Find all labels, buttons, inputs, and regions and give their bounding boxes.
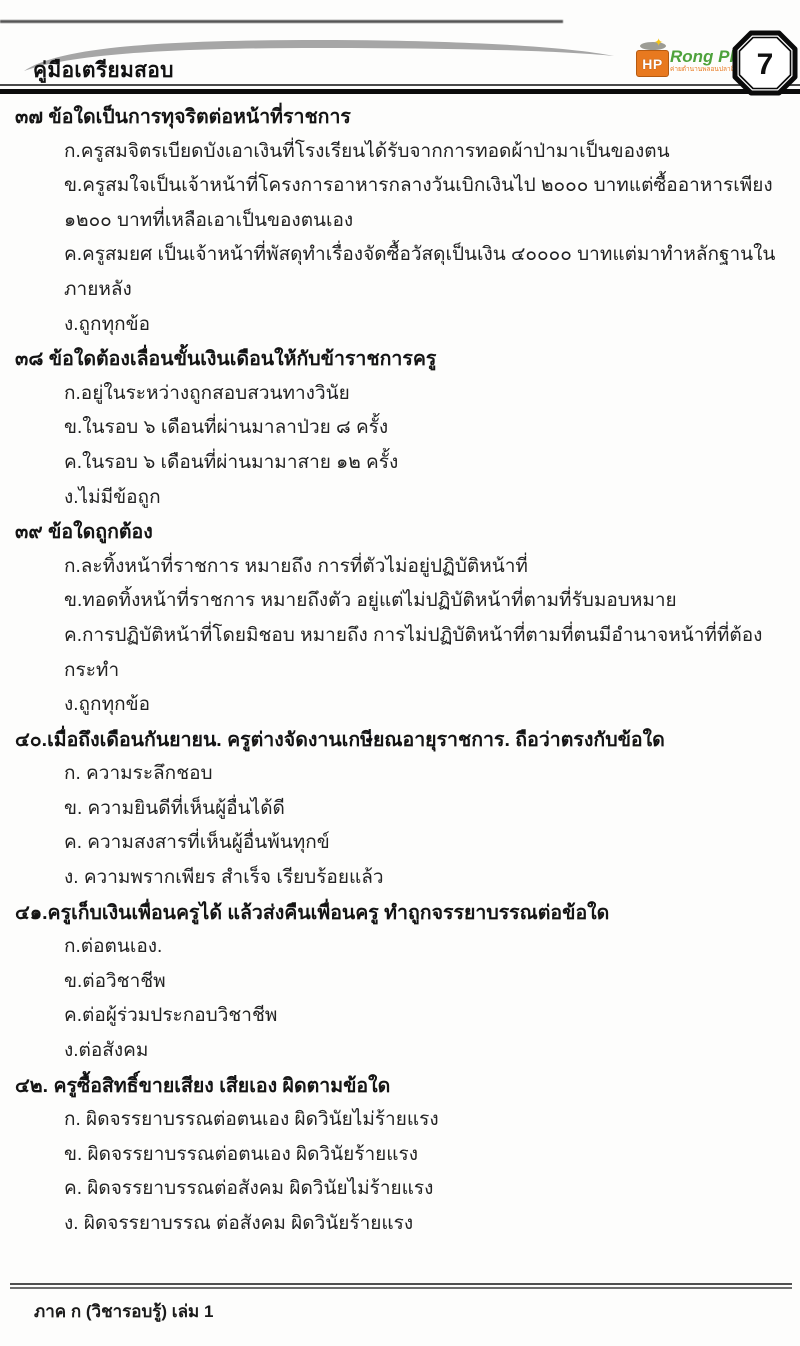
question-option-b: ข.ต่อวิชาชีพ	[64, 965, 794, 1000]
question-block-42: ๔๒. ครูซื้อสิทธิ์ขายเสียง เสียเอง ผิดตาม…	[15, 1069, 794, 1242]
question-option-d: ง. ผิดจรรยาบรรณ ต่อสังคม ผิดวินัยร้ายแรง	[64, 1207, 794, 1242]
question-option-d: ง.ไม่มีข้อถูก	[64, 481, 794, 516]
question-heading: ๓๙ ข้อใดถูกต้อง	[15, 515, 794, 550]
question-option-a: ก.ละทิ้งหน้าที่ราชการ หมายถึง การที่ตัวไ…	[64, 550, 794, 585]
question-heading: ๔๒. ครูซื้อสิทธิ์ขายเสียง เสียเอง ผิดตาม…	[15, 1069, 794, 1104]
question-block-39: ๓๙ ข้อใดถูกต้อง ก.ละทิ้งหน้าที่ราชการ หม…	[15, 515, 794, 723]
question-option-a: ก.อยู่ในระหว่างถูกสอบสวนทางวินัย	[64, 377, 794, 412]
question-option-a: ก. ความระลึกชอบ	[64, 757, 794, 792]
question-option-a: ก. ผิดจรรยาบรรณต่อตนเอง ผิดวินัยไม่ร้ายแ…	[64, 1103, 794, 1138]
question-option-b: ข. ความยินดีที่เห็นผู้อื่นได้ดี	[64, 792, 794, 827]
question-option-a: ก.ต่อตนเอง.	[64, 930, 794, 965]
question-heading: ๓๗ ข้อใดเป็นการทุจริตต่อหน้าที่ราชการ	[15, 100, 794, 135]
question-block-41: ๔๑.ครูเก็บเงินเพื่อนครูได้ แล้วส่งคืนเพื…	[15, 896, 794, 1069]
question-block-40: ๔๐.เมื่อถึงเดือนกันยายน. ครูต่างจัดงานเก…	[15, 723, 794, 896]
footer-section-label: ภาค ก (วิชารอบรู้) เล่ม 1	[34, 1298, 213, 1325]
question-option-b: ข.ในรอบ ๖ เดือนที่ผ่านมาลาป่วย ๘ ครั้ง	[64, 411, 794, 446]
question-heading: ๔๐.เมื่อถึงเดือนกันยายน. ครูต่างจัดงานเก…	[15, 723, 794, 758]
questions-list: ๓๗ ข้อใดเป็นการทุจริตต่อหน้าที่ราชการ ก.…	[15, 100, 794, 1242]
question-option-b: ข. ผิดจรรยาบรรณต่อตนเอง ผิดวินัยร้ายแรง	[64, 1138, 794, 1173]
question-option-b: ข.ครูสมใจเป็นเจ้าหน้าที่โครงการอาหารกลาง…	[64, 169, 794, 238]
question-option-d: ง.ต่อสังคม	[64, 1034, 794, 1069]
question-heading: ๔๑.ครูเก็บเงินเพื่อนครูได้ แล้วส่งคืนเพื…	[15, 896, 794, 931]
question-option-a: ก.ครูสมจิตรเบียดบังเอาเงินที่โรงเรียนได้…	[64, 135, 794, 170]
question-option-d: ง.ถูกทุกข้อ	[64, 688, 794, 723]
question-option-c: ค.การปฏิบัติหน้าที่โดยมิชอบ หมายถึง การไ…	[64, 619, 794, 688]
question-option-b: ข.ทอดทิ้งหน้าที่ราชการ หมายถึงตัว อยู่แต…	[64, 584, 794, 619]
question-option-c: ค. ความสงสารที่เห็นผู้อื่นพ้นทุกข์	[64, 826, 794, 861]
question-option-c: ค.ต่อผู้ร่วมประกอบวิชาชีพ	[64, 999, 794, 1034]
question-option-d: ง. ความพรากเพียร สำเร็จ เรียบร้อยแล้ว	[64, 861, 794, 896]
question-option-c: ค. ผิดจรรยาบรรณต่อสังคม ผิดวินัยไม่ร้ายแ…	[64, 1172, 794, 1207]
question-option-d: ง.ถูกทุกข้อ	[64, 308, 794, 343]
question-option-c: ค.ครูสมยศ เป็นเจ้าหน้าที่พัสดุทำเรื่องจั…	[64, 238, 794, 307]
page-number: 7	[757, 48, 774, 81]
sparkle-icon: ✦	[654, 36, 663, 49]
scan-edge-artifact	[0, 20, 563, 23]
document-page: คู่มือเตรียมสอบ ✦ HP Rong Phai ค่ายตำนาน…	[0, 0, 800, 1346]
question-heading: ๓๘ ข้อใดต้องเลื่อนขั้นเงินเดือนให้กับข้า…	[15, 342, 794, 377]
question-option-c: ค.ในรอบ ๖ เดือนที่ผ่านมามาสาย ๑๒ ครั้ง	[64, 446, 794, 481]
page-header-title: คู่มือเตรียมสอบ	[33, 54, 174, 87]
question-block-38: ๓๘ ข้อใดต้องเลื่อนขั้นเงินเดือนให้กับข้า…	[15, 342, 794, 515]
page-number-badge: 7	[732, 30, 798, 96]
octagon-frame-icon: 7	[732, 30, 798, 96]
question-block-37: ๓๗ ข้อใดเป็นการทุจริตต่อหน้าที่ราชการ ก.…	[15, 100, 794, 342]
footer-divider	[10, 1283, 792, 1289]
logo-hp-icon: HP	[636, 50, 669, 77]
logo-hp-text: HP	[642, 56, 662, 72]
